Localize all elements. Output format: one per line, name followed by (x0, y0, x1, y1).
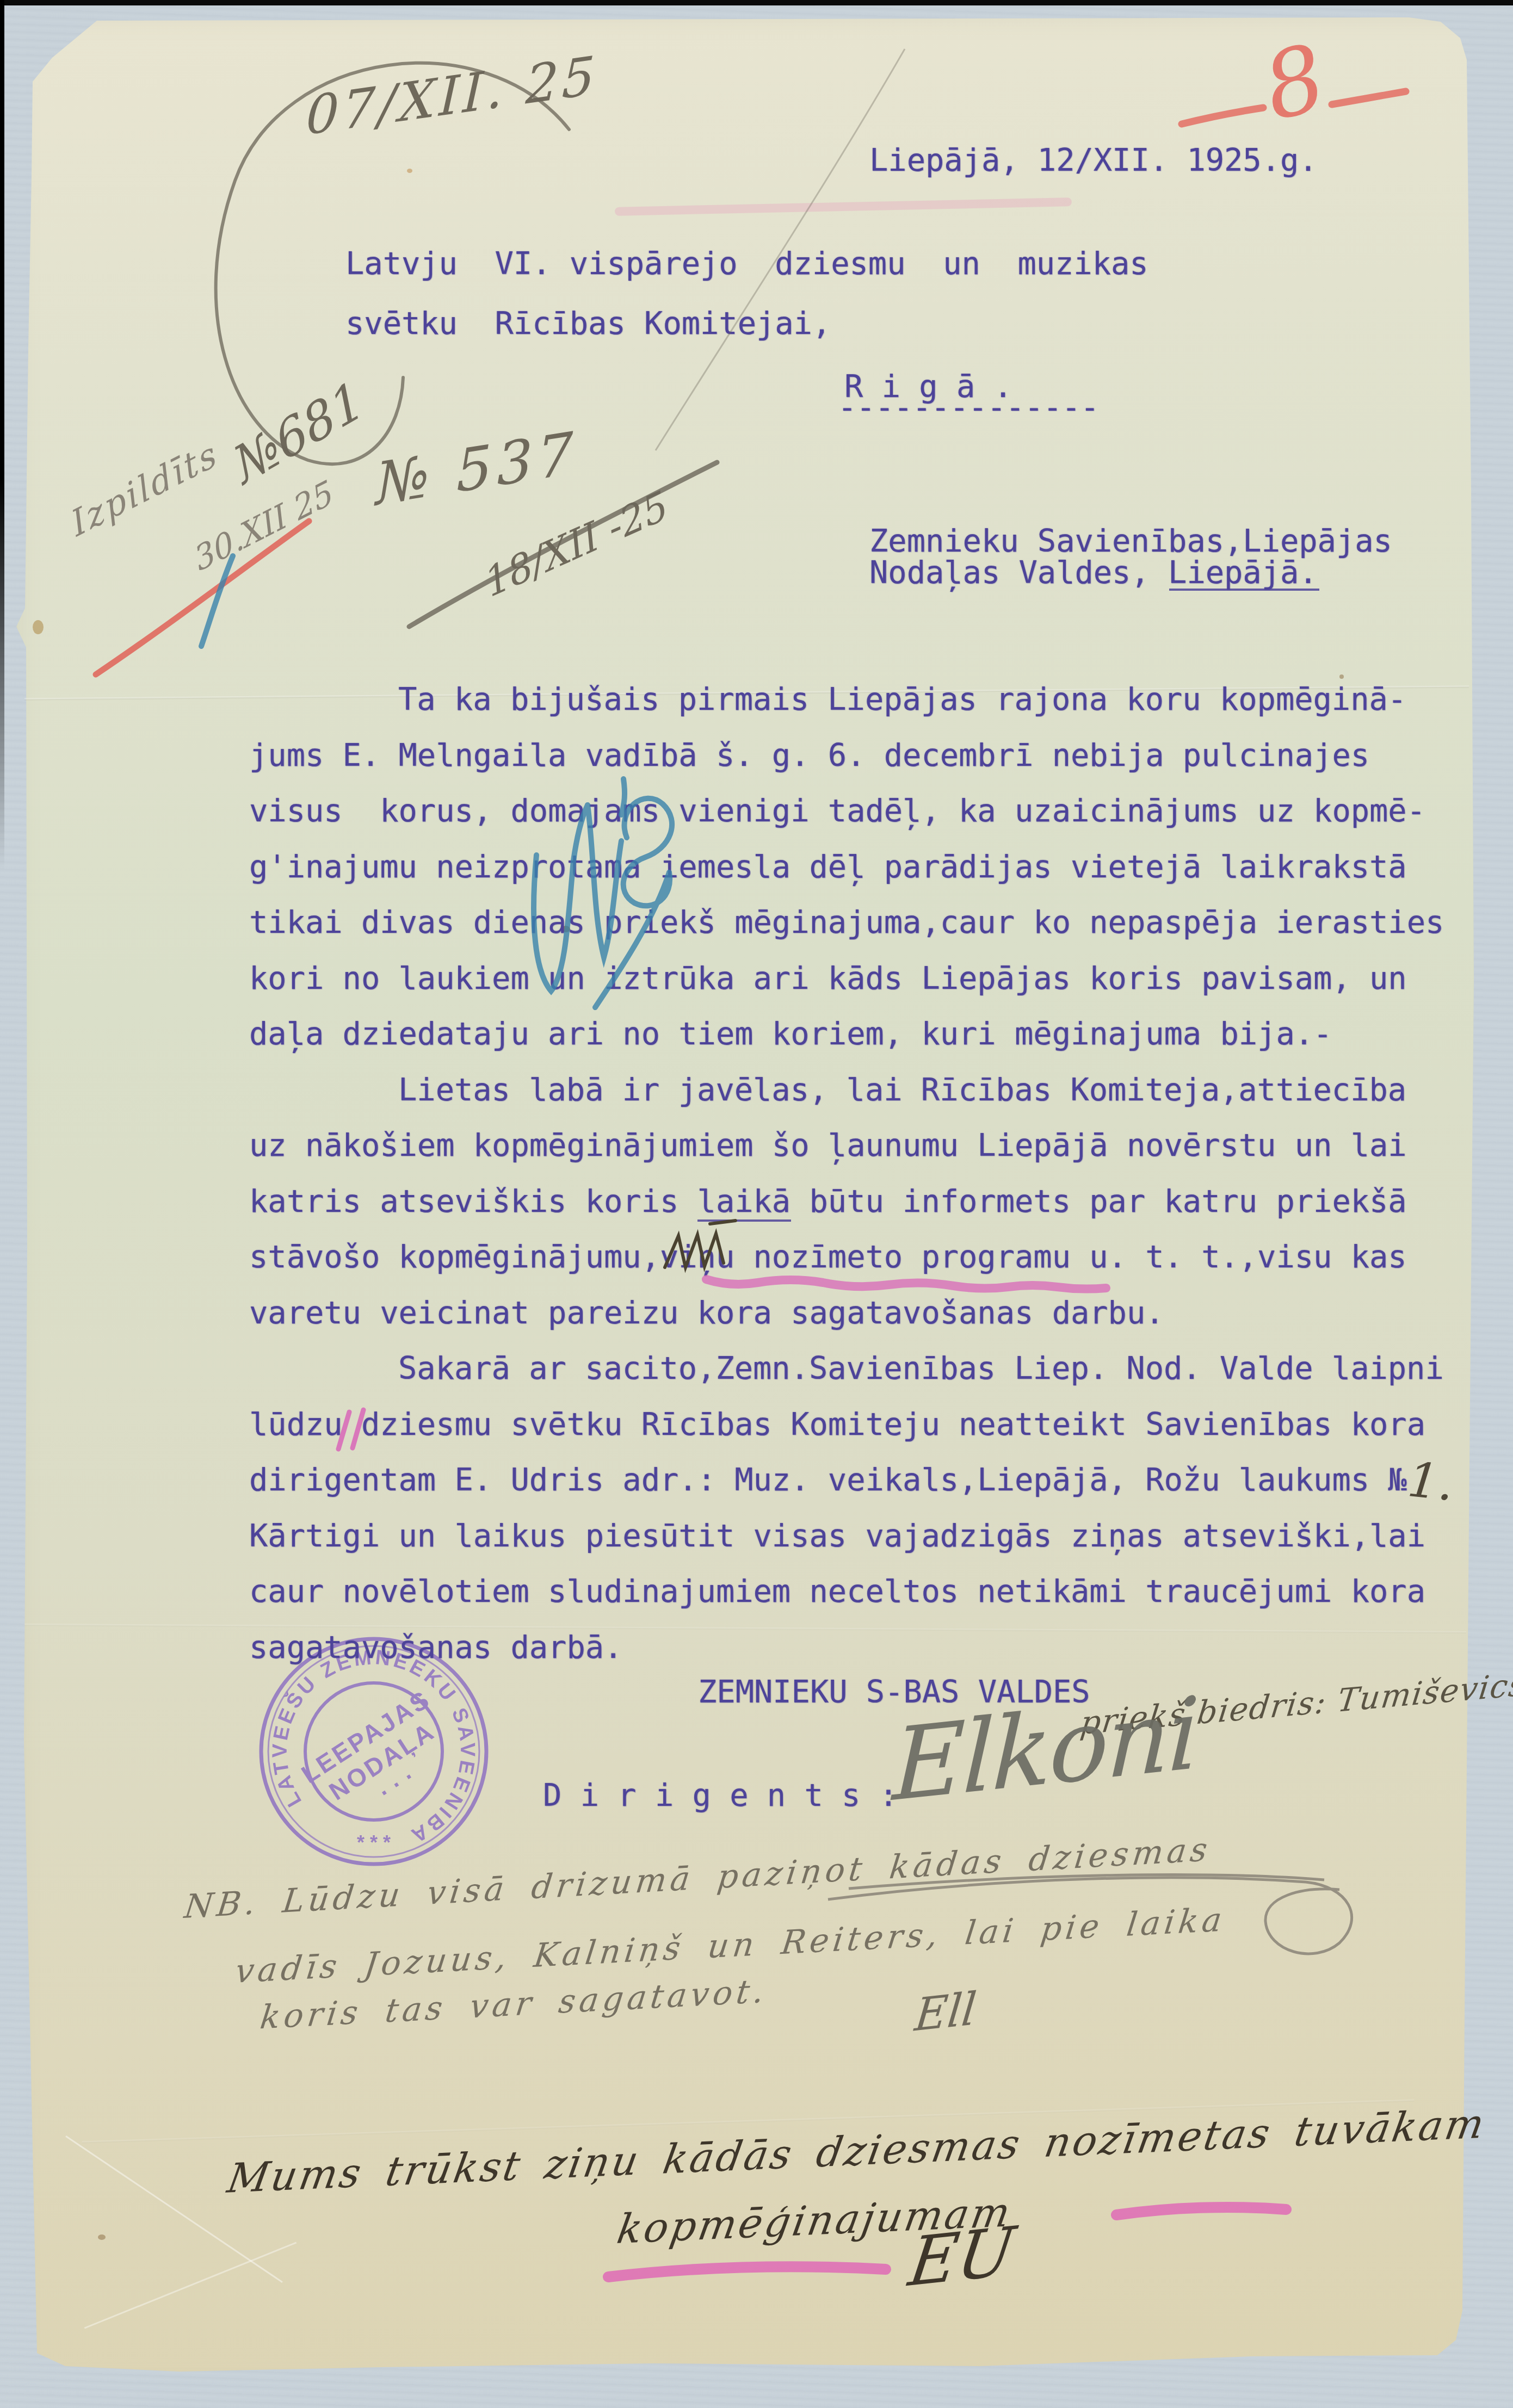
typed-line: tikai divas dienas priekš mēginajuma,cau… (249, 895, 1444, 951)
scan-edge-top (0, 0, 1513, 5)
typed-line: visus korus, domajams vienigi tadēļ, ka … (249, 783, 1444, 839)
dirigents-label: D i r i g e n t s : (543, 1778, 898, 1813)
document-scan: LATVEEŠU ZEMNEEKU SAVEENIBA LEEPAJAS NOD… (0, 0, 1513, 2408)
typed-line: Kārtigi un laikus piesūtit visas vajadzi… (249, 1508, 1444, 1564)
recipient-line-2: svētku Rīcības Komitejai, (345, 306, 831, 342)
dateline: Liepājā, 12/XII. 1925.g. (869, 143, 1318, 178)
typed-line: katris atseviškis koris laikā būtu infor… (249, 1174, 1444, 1230)
sender-line-1: Zemnieku Savienības,Liepājas (869, 523, 1392, 559)
recipient-dashes: -------------- (838, 389, 1099, 425)
recipient-line-1: Latvju VI. vispārejo dziesmu un muzikas (345, 246, 1148, 282)
letter-body: Ta ka bijušais pirmais Liepājas rajona k… (249, 672, 1444, 1675)
typed-underline-laika (697, 1220, 791, 1222)
typed-line: lūdzu dziesmu svētku Rīcības Komiteju ne… (249, 1397, 1444, 1453)
house-number-handwritten: 1. (1405, 1451, 1456, 1512)
typed-underline-liepaja (1169, 589, 1319, 591)
typed-line: g'inajumu neizprotama iemesla dēļ parādi… (249, 839, 1444, 895)
typed-line: caur novēlotiem sludinajumiem neceltos n… (249, 1564, 1444, 1620)
typed-line: jums E. Melngaila vadībā š. g. 6. decemb… (249, 728, 1444, 784)
typed-line: sagatavošanas darbā. (249, 1620, 1444, 1676)
typed-line: stāvošo kopmēginājumu,viņu nozīmeto prog… (249, 1229, 1444, 1285)
typed-line: Sakarā ar sacito,Zemn.Savienības Liep. N… (249, 1341, 1444, 1397)
typed-line: Ta ka bijušais pirmais Liepājas rajona k… (249, 672, 1444, 728)
bottom-note-initials: EU (904, 2212, 1019, 2302)
typed-line: uz nākošiem kopmēginājumiem šo ļaunumu L… (249, 1118, 1444, 1174)
scan-edge-left (0, 0, 4, 870)
typed-line: daļa dziedataju ari no tiem koriem, kuri… (249, 1006, 1444, 1062)
typed-line: kori no laukiem un iztrūka ari kāds Liep… (249, 951, 1444, 1007)
typed-line: dirigentam E. Udris adr.: Muz. veikals,L… (249, 1452, 1444, 1508)
sender-line-2: Nodaļas Valdes, Liepājā. (869, 555, 1318, 591)
nb-note-initials: Ell (912, 1983, 979, 2041)
typed-line: Lietas labā ir javēlas, lai Rīcības Komi… (249, 1062, 1444, 1118)
stamp-stars: * * * (357, 1831, 391, 1854)
typed-line: varetu veicinat pareizu kora sagatavošan… (249, 1285, 1444, 1341)
